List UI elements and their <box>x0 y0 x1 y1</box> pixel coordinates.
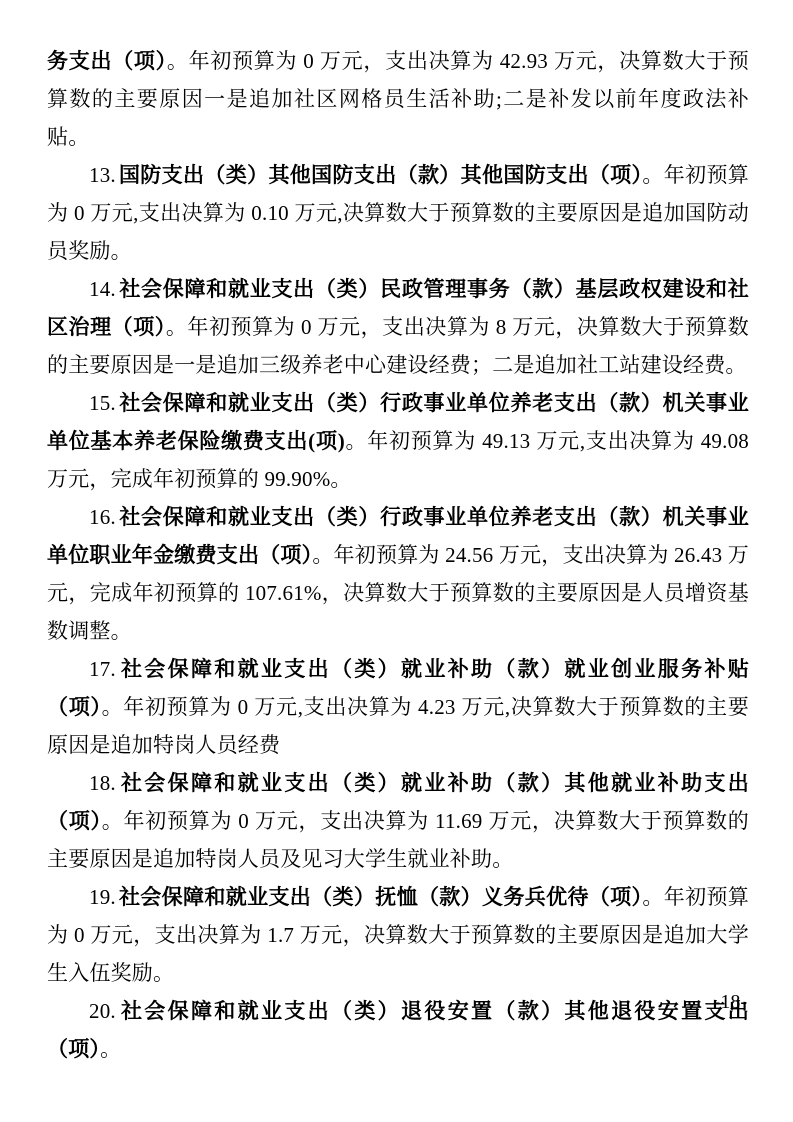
item-heading: 务支出（项） <box>47 49 167 73</box>
budget-item-paragraph-13: 13.国防支出（类）其他国防支出（款）其他国防支出（项）。年初预算为 0 万元,… <box>47 156 749 270</box>
item-number: 18. <box>89 771 116 795</box>
item-body: 。年初预算为 0 万元,支出决算为 4.23 万元,决算数大于预算数的主要原因是… <box>47 695 749 757</box>
budget-item-paragraph-18: 18.社会保障和就业支出（类）就业补助（款）其他就业补助支出（项）。年初预算为 … <box>47 764 749 878</box>
page-number: -18- <box>714 991 747 1013</box>
item-number: 19. <box>89 885 116 909</box>
budget-item-paragraph-19: 19.社会保障和就业支出（类）抚恤（款）义务兵优待（项）。年初预算为 0 万元，… <box>47 878 749 992</box>
document-page: 务支出（项）。年初预算为 0 万元，支出决算为 42.93 万元，决算数大于预算… <box>0 0 793 1122</box>
budget-item-paragraph-17: 17.社会保障和就业支出（类）就业补助（款）就业创业服务补贴（项）。年初预算为 … <box>47 650 749 764</box>
item-number: 15. <box>89 391 116 415</box>
item-heading: 国防支出（类）其他国防支出（款）其他国防支出（项） <box>119 163 643 187</box>
item-number: 14. <box>89 277 116 301</box>
item-heading: 社会保障和就业支出（类）退役安置（款）其他退役安置支出（项） <box>47 999 749 1061</box>
budget-item-paragraph-16: 16.社会保障和就业支出（类）行政事业单位养老支出（款）机关事业单位职业年金缴费… <box>47 498 749 650</box>
item-number: 16. <box>89 505 116 529</box>
item-number: 13. <box>89 163 116 187</box>
budget-item-paragraph-14: 14.社会保障和就业支出（类）民政管理事务（款）基层政权建设和社区治理（项）。年… <box>47 270 749 384</box>
budget-item-paragraph-continuation: 务支出（项）。年初预算为 0 万元，支出决算为 42.93 万元，决算数大于预算… <box>47 42 749 156</box>
document-body: 务支出（项）。年初预算为 0 万元，支出决算为 42.93 万元，决算数大于预算… <box>47 42 749 1068</box>
budget-item-paragraph-15: 15.社会保障和就业支出（类）行政事业单位养老支出（款）机关事业单位基本养老保险… <box>47 384 749 498</box>
item-heading: 社会保障和就业支出（类）抚恤（款）义务兵优待（项） <box>119 885 643 909</box>
budget-item-paragraph-20: 20.社会保障和就业支出（类）退役安置（款）其他退役安置支出（项）。 <box>47 992 749 1068</box>
item-body: 。 <box>100 1037 121 1061</box>
item-number: 17. <box>89 657 116 681</box>
item-number: 20. <box>89 999 116 1023</box>
item-body: 。年初预算为 0 万元，支出决算为 11.69 万元，决算数大于预算数的主要原因… <box>47 809 749 871</box>
